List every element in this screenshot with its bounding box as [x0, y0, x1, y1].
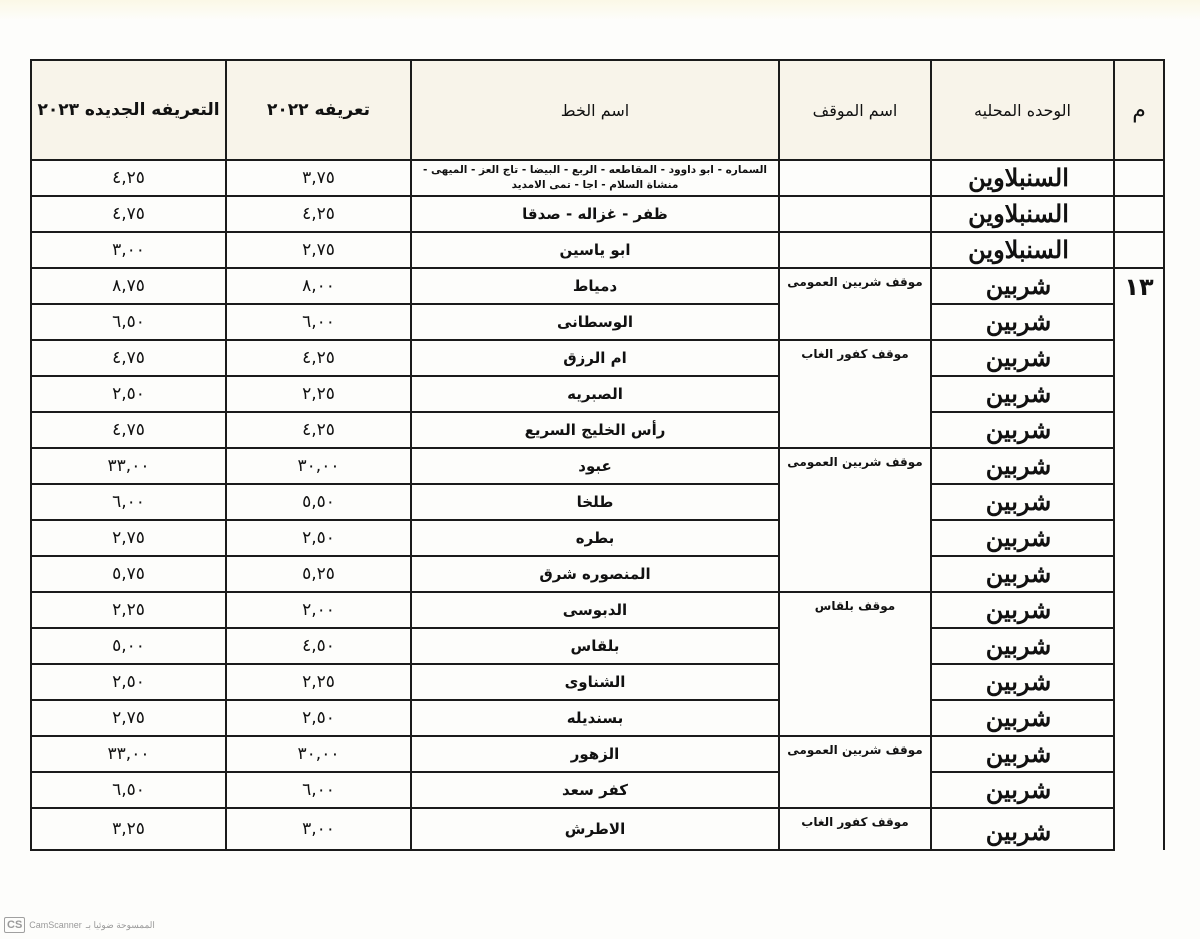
station-cell: موقف شربين العمومى	[779, 736, 931, 808]
local-unit-cell: شربين	[931, 268, 1114, 304]
table-row: شربين موقف شربين العمومى الزهور ٣٠,٠٠ ٣٣…	[31, 736, 1164, 772]
tariff-2023-cell: ٣,٠٠	[31, 232, 226, 268]
tariff-2023-cell: ٢,٧٥	[31, 700, 226, 736]
local-unit-cell: شربين	[931, 484, 1114, 520]
tariff-2022-cell: ٢,٢٥	[226, 664, 411, 700]
camscanner-logo-icon: CS	[4, 917, 25, 933]
tariff-2022-cell: ٥,٢٥	[226, 556, 411, 592]
tariff-2022-cell: ٢,٠٠	[226, 592, 411, 628]
table-row: شربين بسنديله ٢,٥٠ ٢,٧٥	[31, 700, 1164, 736]
tariff-2023-cell: ٦,٥٠	[31, 304, 226, 340]
line-name-cell: عبود	[411, 448, 779, 484]
header-local-unit: الوحده المحليه	[931, 60, 1114, 160]
tariff-2023-cell: ٥,٠٠	[31, 628, 226, 664]
tariff-2023-cell: ٦,٠٠	[31, 484, 226, 520]
local-unit-cell: السنبلاوين	[931, 232, 1114, 268]
index-cell	[1114, 232, 1164, 268]
table-row: شربين بلقاس ٤,٥٠ ٥,٠٠	[31, 628, 1164, 664]
tariff-2023-cell: ٦,٥٠	[31, 772, 226, 808]
tariff-2022-cell: ٢,٢٥	[226, 376, 411, 412]
line-name-cell: بسنديله	[411, 700, 779, 736]
header-index: م	[1114, 60, 1164, 160]
tariff-2022-cell: ٢,٥٠	[226, 700, 411, 736]
table-row: ١٣ شربين موقف شربين العمومى دمياط ٨,٠٠ ٨…	[31, 268, 1164, 304]
local-unit-cell: شربين	[931, 808, 1114, 850]
tariff-2023-cell: ٣٣,٠٠	[31, 448, 226, 484]
local-unit-cell: شربين	[931, 628, 1114, 664]
line-name-cell: بلقاس	[411, 628, 779, 664]
tariff-2022-cell: ٤,٥٠	[226, 628, 411, 664]
tariff-2023-cell: ٤,٧٥	[31, 340, 226, 376]
local-unit-cell: شربين	[931, 412, 1114, 448]
tariff-2023-cell: ٢,٢٥	[31, 592, 226, 628]
line-name-cell: ظفر - غزاله - صدقا	[411, 196, 779, 232]
tariff-table: م الوحده المحليه اسم الموقف اسم الخط تعر…	[30, 59, 1165, 851]
tariff-2022-cell: ٤,٢٥	[226, 196, 411, 232]
local-unit-cell: شربين	[931, 664, 1114, 700]
local-unit-cell: شربين	[931, 304, 1114, 340]
table-row: السنبلاوين ظفر - غزاله - صدقا ٤,٢٥ ٤,٧٥	[31, 196, 1164, 232]
tariff-2023-cell: ٤,٧٥	[31, 412, 226, 448]
tariff-2022-cell: ٣٠,٠٠	[226, 448, 411, 484]
tariff-2022-cell: ٥,٥٠	[226, 484, 411, 520]
tariff-2023-cell: ٤,٢٥	[31, 160, 226, 196]
line-name-cell: دمياط	[411, 268, 779, 304]
local-unit-cell: شربين	[931, 772, 1114, 808]
tariff-2023-cell: ٢,٥٠	[31, 376, 226, 412]
line-name-cell: ابو ياسين	[411, 232, 779, 268]
table-header-row: م الوحده المحليه اسم الموقف اسم الخط تعر…	[31, 60, 1164, 160]
table-row: شربين بطره ٢,٥٠ ٢,٧٥	[31, 520, 1164, 556]
table-row: شربين المنصوره شرق ٥,٢٥ ٥,٧٥	[31, 556, 1164, 592]
tariff-2022-cell: ٢,٧٥	[226, 232, 411, 268]
line-name-cell: الاطرش	[411, 808, 779, 850]
line-name-cell: السماره - ابو داوود - المقاطعه - الربع -…	[411, 160, 779, 196]
tariff-2023-cell: ٤,٧٥	[31, 196, 226, 232]
paper-edge	[0, 0, 1200, 20]
local-unit-cell: شربين	[931, 376, 1114, 412]
tariff-2022-cell: ٣,٧٥	[226, 160, 411, 196]
header-tariff-2023: التعريفه الجديده ٢٠٢٣	[31, 60, 226, 160]
header-tariff-2022: تعريفه ٢٠٢٢	[226, 60, 411, 160]
tariff-2022-cell: ٢,٥٠	[226, 520, 411, 556]
station-cell: موقف كفور الغاب	[779, 340, 931, 448]
table-row: شربين الصبريه ٢,٢٥ ٢,٥٠	[31, 376, 1164, 412]
table-row: شربين رأس الخليج السريع ٤,٢٥ ٤,٧٥	[31, 412, 1164, 448]
local-unit-cell: شربين	[931, 340, 1114, 376]
local-unit-cell: شربين	[931, 736, 1114, 772]
local-unit-cell: السنبلاوين	[931, 160, 1114, 196]
station-cell: موقف كفور الغاب	[779, 808, 931, 850]
tariff-2022-cell: ٦,٠٠	[226, 772, 411, 808]
tariff-2022-cell: ٣,٠٠	[226, 808, 411, 850]
scanner-caption: الممسوحة ضوئيا بـ	[86, 920, 155, 931]
line-name-cell: المنصوره شرق	[411, 556, 779, 592]
local-unit-cell: شربين	[931, 700, 1114, 736]
group-index: ١٣	[1115, 269, 1163, 301]
index-cell	[1114, 196, 1164, 232]
line-name-cell: كفر سعد	[411, 772, 779, 808]
scanner-watermark: CS CamScanner الممسوحة ضوئيا بـ	[4, 917, 155, 933]
line-name-cell: بطره	[411, 520, 779, 556]
tariff-2023-cell: ٣٣,٠٠	[31, 736, 226, 772]
table-row: شربين موقف شربين العمومى عبود ٣٠,٠٠ ٣٣,٠…	[31, 448, 1164, 484]
tariff-2022-cell: ٦,٠٠	[226, 304, 411, 340]
station-cell	[779, 196, 931, 232]
index-cell	[1114, 160, 1164, 196]
tariff-2022-cell: ٤,٢٥	[226, 412, 411, 448]
header-station: اسم الموقف	[779, 60, 931, 160]
local-unit-cell: شربين	[931, 520, 1114, 556]
table-row: شربين موقف كفور الغاب الاطرش ٣,٠٠ ٣,٢٥	[31, 808, 1164, 850]
line-name-cell: رأس الخليج السريع	[411, 412, 779, 448]
line-name-cell: الصبريه	[411, 376, 779, 412]
line-name-cell: الزهور	[411, 736, 779, 772]
tariff-2023-cell: ٢,٥٠	[31, 664, 226, 700]
table-row: شربين الشناوى ٢,٢٥ ٢,٥٠	[31, 664, 1164, 700]
station-cell	[779, 160, 931, 196]
table-row: السنبلاوين السماره - ابو داوود - المقاطع…	[31, 160, 1164, 196]
table-row: شربين موقف بلقاس الدبوسى ٢,٠٠ ٢,٢٥	[31, 592, 1164, 628]
tariff-2022-cell: ٤,٢٥	[226, 340, 411, 376]
tariff-2023-cell: ٥,٧٥	[31, 556, 226, 592]
group-index-cell: ١٣	[1114, 268, 1164, 850]
local-unit-cell: السنبلاوين	[931, 196, 1114, 232]
tariff-2023-cell: ٣,٢٥	[31, 808, 226, 850]
tariff-2022-cell: ٨,٠٠	[226, 268, 411, 304]
table-row: شربين موقف كفور الغاب ام الرزق ٤,٢٥ ٤,٧٥	[31, 340, 1164, 376]
table-row: شربين طلخا ٥,٥٠ ٦,٠٠	[31, 484, 1164, 520]
line-name-cell: الوسطانى	[411, 304, 779, 340]
scanner-text: CamScanner	[29, 920, 82, 930]
local-unit-cell: شربين	[931, 556, 1114, 592]
line-name-cell: الدبوسى	[411, 592, 779, 628]
table-row: السنبلاوين ابو ياسين ٢,٧٥ ٣,٠٠	[31, 232, 1164, 268]
station-cell: موقف شربين العمومى	[779, 448, 931, 592]
station-cell: موقف بلقاس	[779, 592, 931, 736]
table-row: شربين الوسطانى ٦,٠٠ ٦,٥٠	[31, 304, 1164, 340]
table-row: شربين كفر سعد ٦,٠٠ ٦,٥٠	[31, 772, 1164, 808]
station-cell: موقف شربين العمومى	[779, 268, 931, 340]
local-unit-cell: شربين	[931, 592, 1114, 628]
header-line: اسم الخط	[411, 60, 779, 160]
local-unit-cell: شربين	[931, 448, 1114, 484]
tariff-2023-cell: ٢,٧٥	[31, 520, 226, 556]
line-name-cell: ام الرزق	[411, 340, 779, 376]
line-name-cell: طلخا	[411, 484, 779, 520]
tariff-2023-cell: ٨,٧٥	[31, 268, 226, 304]
tariff-2022-cell: ٣٠,٠٠	[226, 736, 411, 772]
line-name-cell: الشناوى	[411, 664, 779, 700]
station-cell	[779, 232, 931, 268]
